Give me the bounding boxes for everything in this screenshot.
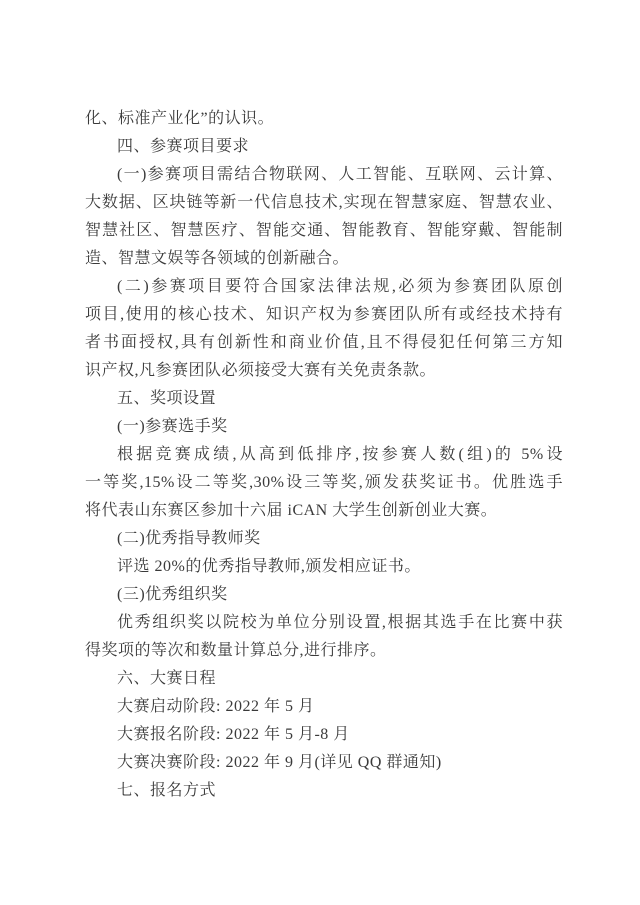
section-heading: 四、参赛项目要求 bbox=[85, 133, 563, 161]
subsection-heading: (二)优秀指导教师奖 bbox=[85, 525, 563, 553]
document-page: 化、标准产业化”的认识。 四、参赛项目要求 (一)参赛项目需结合物联网、人工智能… bbox=[0, 0, 640, 905]
schedule-line: 大赛启动阶段: 2022 年 5 月 bbox=[85, 693, 563, 721]
text-line: 一等奖,15%设二等奖,30%设三等奖,颁发获奖证书。优胜选手 bbox=[85, 469, 563, 497]
text-line: 项目,使用的核心技术、知识产权为参赛团队所有或经技术持有 bbox=[85, 301, 563, 329]
schedule-line: 大赛报名阶段: 2022 年 5 月-8 月 bbox=[85, 721, 563, 749]
subsection-heading: (一)参赛选手奖 bbox=[85, 413, 563, 441]
schedule-line: 大赛决赛阶段: 2022 年 9 月(详见 QQ 群通知) bbox=[85, 749, 563, 777]
subsection-heading: (三)优秀组织奖 bbox=[85, 581, 563, 609]
text-line: 根据竞赛成绩,从高到低排序,按参赛人数(组)的 5%设 bbox=[85, 441, 563, 469]
text-line: 得奖项的等次和数量计算总分,进行排序。 bbox=[85, 637, 563, 665]
text-line: 将代表山东赛区参加十六届 iCAN 大学生创新创业大赛。 bbox=[85, 497, 563, 525]
text-line: 者书面授权,具有创新性和商业价值,且不得侵犯任何第三方知 bbox=[85, 329, 563, 357]
section-heading: 五、奖项设置 bbox=[85, 385, 563, 413]
text-line: (一)参赛项目需结合物联网、人工智能、互联网、云计算、 bbox=[85, 161, 563, 189]
text-line: 造、智慧文娱等各领域的创新融合。 bbox=[85, 245, 563, 273]
text-line: 评选 20%的优秀指导教师,颁发相应证书。 bbox=[85, 553, 563, 581]
section-heading: 七、报名方式 bbox=[85, 777, 563, 805]
section-heading: 六、大赛日程 bbox=[85, 665, 563, 693]
document-body: 化、标准产业化”的认识。 四、参赛项目要求 (一)参赛项目需结合物联网、人工智能… bbox=[85, 105, 563, 805]
text-line: 化、标准产业化”的认识。 bbox=[85, 105, 563, 133]
text-line: 识产权,凡参赛团队必须接受大赛有关免责条款。 bbox=[85, 357, 563, 385]
text-line: 智慧社区、智慧医疗、智能交通、智能教育、智能穿戴、智能制 bbox=[85, 217, 563, 245]
text-line: (二)参赛项目要符合国家法律法规,必须为参赛团队原创 bbox=[85, 273, 563, 301]
text-line: 大数据、区块链等新一代信息技术,实现在智慧家庭、智慧农业、 bbox=[85, 189, 563, 217]
text-line: 优秀组织奖以院校为单位分别设置,根据其选手在比赛中获 bbox=[85, 609, 563, 637]
